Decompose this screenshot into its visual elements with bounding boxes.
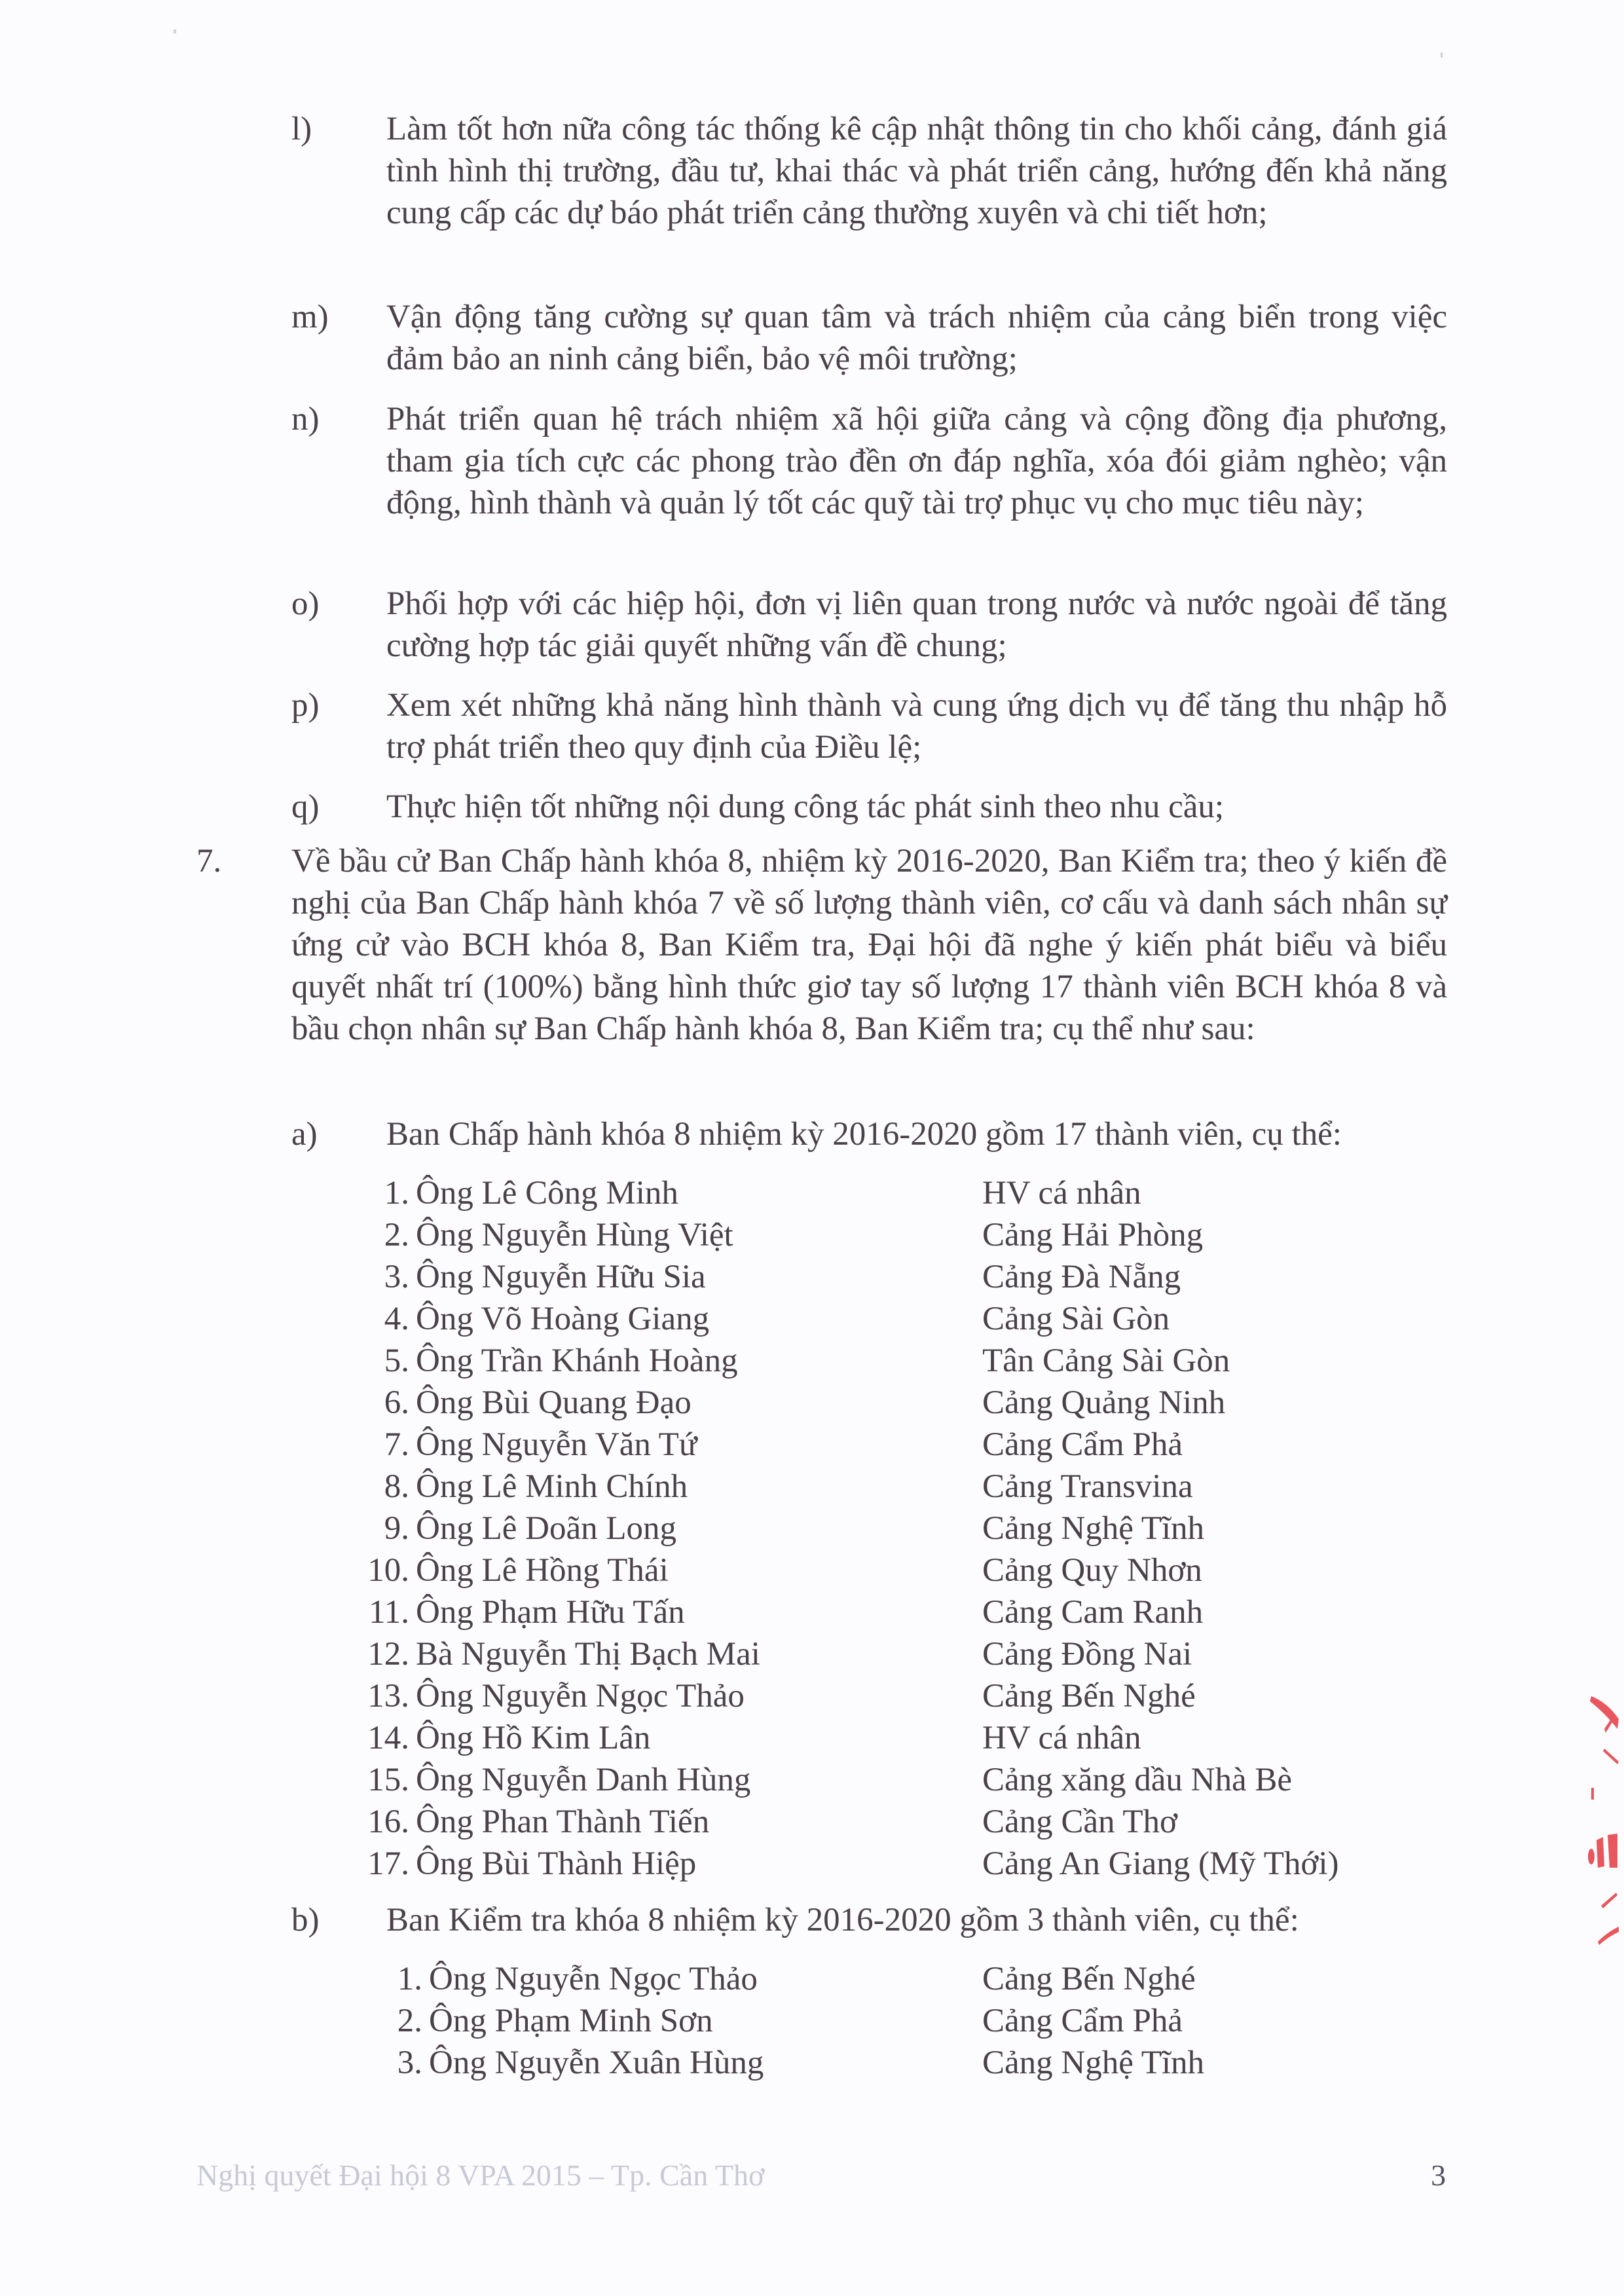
- member-name: Ông Phan Thành Tiến: [416, 1801, 709, 1843]
- member-row: 3.Ông Nguyễn Xuân HùngCảng Nghệ Tĩnh: [377, 2042, 1490, 2084]
- member-row: 17.Ông Bùi Thành HiệpCảng An Giang (Mỹ T…: [363, 1843, 1477, 1885]
- member-organization: Cảng Bến Nghé: [982, 1675, 1196, 1717]
- member-name: Ông Nguyễn Ngọc Thảo: [416, 1675, 745, 1717]
- item-text: Phát triển quan hệ trách nhiệm xã hội gi…: [386, 398, 1447, 524]
- subsection-text: Ban Chấp hành khóa 8 nhiệm kỳ 2016-2020 …: [386, 1113, 1447, 1155]
- member-organization: Cảng Đà Nẵng: [982, 1256, 1181, 1298]
- red-stamp-fragment: [1572, 1690, 1624, 1952]
- member-row: 6.Ông Bùi Quang ĐạoCảng Quảng Ninh: [363, 1382, 1477, 1424]
- list-item-q: q) Thực hiện tốt những nội dung công tác…: [291, 786, 1447, 828]
- member-number: 16.: [363, 1801, 409, 1843]
- list-item-p: p) Xem xét những khả năng hình thành và …: [291, 684, 1447, 768]
- member-row: 3.Ông Nguyễn Hữu SiaCảng Đà Nẵng: [363, 1256, 1477, 1298]
- member-organization: Cảng Transvina: [982, 1466, 1193, 1508]
- scan-speck: [174, 29, 176, 33]
- member-organization: Cảng Cần Thơ: [982, 1801, 1177, 1843]
- member-organization: Cảng Nghệ Tĩnh: [982, 2042, 1204, 2084]
- member-number: 3.: [377, 2042, 422, 2084]
- scan-speck: [1441, 52, 1443, 58]
- subsection-label: a): [291, 1113, 318, 1155]
- subsection-b: b) Ban Kiểm tra khóa 8 nhiệm kỳ 2016-202…: [291, 1899, 1447, 1941]
- member-organization: Cảng An Giang (Mỹ Thới): [982, 1843, 1339, 1885]
- member-number: 7.: [363, 1424, 409, 1466]
- member-number: 13.: [363, 1675, 409, 1717]
- member-organization: HV cá nhân: [982, 1717, 1141, 1759]
- member-number: 9.: [363, 1508, 409, 1549]
- member-organization: Cảng Sài Gòn: [982, 1298, 1170, 1340]
- member-row: 13.Ông Nguyễn Ngọc ThảoCảng Bến Nghé: [363, 1675, 1477, 1717]
- member-row: 9.Ông Lê Doãn LongCảng Nghệ Tĩnh: [363, 1508, 1477, 1549]
- list-item-n: n) Phát triển quan hệ trách nhiệm xã hội…: [291, 398, 1447, 524]
- member-name: Ông Lê Công Minh: [416, 1172, 678, 1214]
- member-number: 6.: [363, 1382, 409, 1424]
- member-name: Ông Lê Doãn Long: [416, 1508, 676, 1549]
- member-name: Ông Phạm Minh Sơn: [429, 2000, 713, 2042]
- member-number: 14.: [363, 1717, 409, 1759]
- section-label: 7.: [196, 840, 221, 882]
- member-number: 12.: [363, 1633, 409, 1675]
- section-7: 7. Về bầu cử Ban Chấp hành khóa 8, nhiệm…: [196, 840, 1447, 1050]
- footer-text: Nghị quyết Đại hội 8 VPA 2015 – Tp. Cần …: [196, 2158, 764, 2193]
- member-number: 1.: [377, 1958, 422, 2000]
- member-name: Ông Nguyễn Hùng Việt: [416, 1214, 733, 1256]
- item-text: Phối hợp với các hiệp hội, đơn vị liên q…: [386, 583, 1447, 667]
- member-name: Ông Nguyễn Văn Tứ: [416, 1424, 697, 1466]
- subsection-a: a) Ban Chấp hành khóa 8 nhiệm kỳ 2016-20…: [291, 1113, 1447, 1155]
- member-number: 3.: [363, 1256, 409, 1298]
- member-number: 15.: [363, 1759, 409, 1801]
- item-text: Xem xét những khả năng hình thành và cun…: [386, 684, 1447, 768]
- member-number: 10.: [363, 1549, 409, 1591]
- member-row: 8.Ông Lê Minh ChínhCảng Transvina: [363, 1466, 1477, 1508]
- member-name: Ông Nguyễn Xuân Hùng: [429, 2042, 764, 2084]
- member-name: Ông Nguyễn Ngọc Thảo: [429, 1958, 758, 2000]
- member-row: 1.Ông Nguyễn Ngọc ThảoCảng Bến Nghé: [377, 1958, 1490, 2000]
- member-number: 4.: [363, 1298, 409, 1340]
- member-organization: Cảng Quy Nhơn: [982, 1549, 1202, 1591]
- member-organization: Cảng xăng dầu Nhà Bè: [982, 1759, 1292, 1801]
- item-text: Vận động tăng cường sự quan tâm và trách…: [386, 296, 1447, 380]
- member-name: Ông Lê Hồng Thái: [416, 1549, 669, 1591]
- subsection-label: b): [291, 1899, 319, 1941]
- list-item-m: m) Vận động tăng cường sự quan tâm và tr…: [291, 296, 1447, 380]
- member-row: 10.Ông Lê Hồng TháiCảng Quy Nhơn: [363, 1549, 1477, 1591]
- member-name: Ông Bùi Thành Hiệp: [416, 1843, 696, 1885]
- member-organization: Cảng Bến Nghé: [982, 1958, 1196, 2000]
- member-row: 5.Ông Trần Khánh HoàngTân Cảng Sài Gòn: [363, 1340, 1477, 1382]
- item-label: p): [291, 684, 319, 726]
- member-organization: Cảng Cam Ranh: [982, 1591, 1203, 1633]
- member-number: 1.: [363, 1172, 409, 1214]
- item-text: Thực hiện tốt những nội dung công tác ph…: [386, 786, 1447, 828]
- member-row: 2.Ông Phạm Minh SơnCảng Cẩm Phả: [377, 2000, 1490, 2042]
- member-row: 16.Ông Phan Thành TiếnCảng Cần Thơ: [363, 1801, 1477, 1843]
- section-text: Về bầu cử Ban Chấp hành khóa 8, nhiệm kỳ…: [291, 840, 1447, 1050]
- member-organization: Cảng Đồng Nai: [982, 1633, 1192, 1675]
- item-text: Làm tốt hơn nữa công tác thống kê cập nh…: [386, 108, 1447, 234]
- member-row: 7.Ông Nguyễn Văn TứCảng Cẩm Phả: [363, 1424, 1477, 1466]
- member-name: Ông Võ Hoàng Giang: [416, 1298, 709, 1340]
- executive-committee-list: 1.Ông Lê Công MinhHV cá nhân2.Ông Nguyễn…: [363, 1172, 1477, 1885]
- member-row: 15.Ông Nguyễn Danh HùngCảng xăng dầu Nhà…: [363, 1759, 1477, 1801]
- member-organization: HV cá nhân: [982, 1172, 1141, 1214]
- document-page: l) Làm tốt hơn nữa công tác thống kê cập…: [0, 0, 1624, 2296]
- member-name: Ông Nguyễn Danh Hùng: [416, 1759, 750, 1801]
- member-number: 8.: [363, 1466, 409, 1508]
- member-row: 2.Ông Nguyễn Hùng ViệtCảng Hải Phòng: [363, 1214, 1477, 1256]
- member-name: Bà Nguyễn Thị Bạch Mai: [416, 1633, 760, 1675]
- subsection-text: Ban Kiểm tra khóa 8 nhiệm kỳ 2016-2020 g…: [386, 1899, 1447, 1941]
- member-name: Ông Trần Khánh Hoàng: [416, 1340, 738, 1382]
- member-name: Ông Lê Minh Chính: [416, 1466, 688, 1508]
- member-number: 5.: [363, 1340, 409, 1382]
- member-row: 1.Ông Lê Công MinhHV cá nhân: [363, 1172, 1477, 1214]
- inspection-committee-list: 1.Ông Nguyễn Ngọc ThảoCảng Bến Nghé2.Ông…: [377, 1958, 1490, 2084]
- item-label: o): [291, 583, 319, 625]
- member-organization: Cảng Cẩm Phả: [982, 1424, 1183, 1466]
- member-row: 12.Bà Nguyễn Thị Bạch MaiCảng Đồng Nai: [363, 1633, 1477, 1675]
- list-item-o: o) Phối hợp với các hiệp hội, đơn vị liê…: [291, 583, 1447, 667]
- item-label: q): [291, 786, 319, 828]
- member-number: 11.: [363, 1591, 409, 1633]
- member-name: Ông Hồ Kim Lân: [416, 1717, 650, 1759]
- page-number: 3: [1431, 2158, 1446, 2193]
- member-number: 17.: [363, 1843, 409, 1885]
- item-label: n): [291, 398, 319, 440]
- member-number: 2.: [377, 2000, 422, 2042]
- member-organization: Cảng Cẩm Phả: [982, 2000, 1183, 2042]
- member-organization: Cảng Nghệ Tĩnh: [982, 1508, 1204, 1549]
- item-label: l): [291, 108, 312, 150]
- member-name: Ông Bùi Quang Đạo: [416, 1382, 692, 1424]
- member-organization: Tân Cảng Sài Gòn: [982, 1340, 1230, 1382]
- member-name: Ông Phạm Hữu Tấn: [416, 1591, 685, 1633]
- member-organization: Cảng Hải Phòng: [982, 1214, 1203, 1256]
- list-item-l: l) Làm tốt hơn nữa công tác thống kê cập…: [291, 108, 1447, 234]
- item-label: m): [291, 296, 329, 338]
- member-organization: Cảng Quảng Ninh: [982, 1382, 1225, 1424]
- member-name: Ông Nguyễn Hữu Sia: [416, 1256, 706, 1298]
- member-row: 14.Ông Hồ Kim LânHV cá nhân: [363, 1717, 1477, 1759]
- member-number: 2.: [363, 1214, 409, 1256]
- member-row: 4.Ông Võ Hoàng GiangCảng Sài Gòn: [363, 1298, 1477, 1340]
- member-row: 11.Ông Phạm Hữu TấnCảng Cam Ranh: [363, 1591, 1477, 1633]
